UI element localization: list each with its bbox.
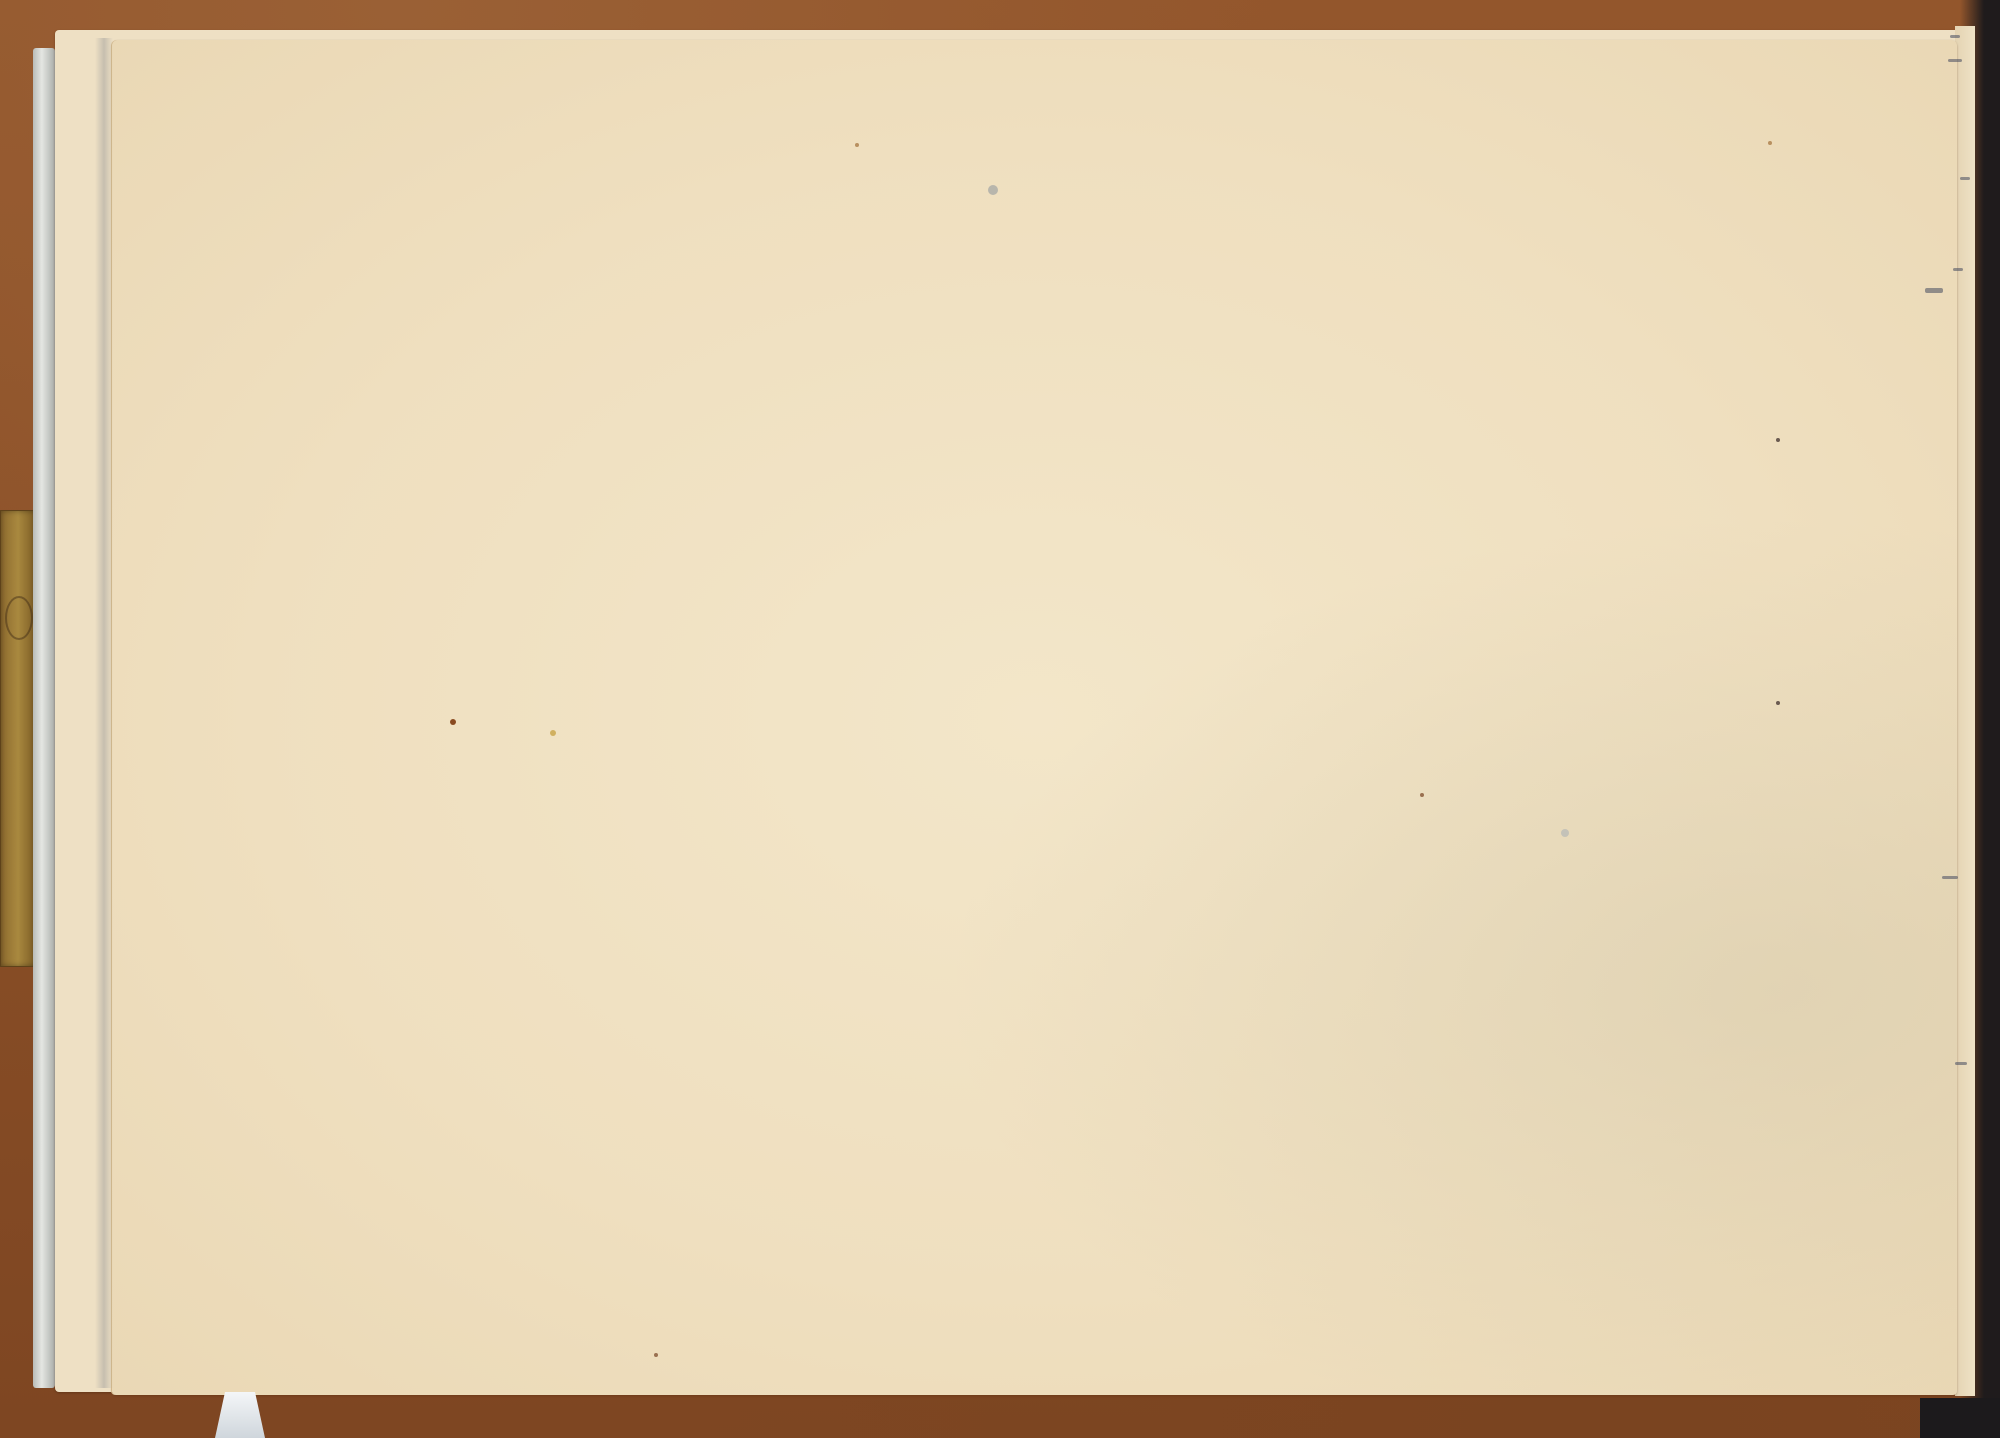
foxing-speck: [654, 1353, 658, 1357]
ink-smudge: [1960, 177, 1970, 180]
foxing-speck: [1561, 829, 1569, 837]
page-fold-shadow: [95, 38, 113, 1388]
ink-smudge: [1925, 288, 1943, 293]
glassine-interleaf: [33, 48, 55, 1388]
cover-dark-corner: [1920, 1398, 2000, 1438]
foxing-speck: [1776, 701, 1780, 705]
foxing-speck: [550, 730, 556, 736]
foxing-speck: [988, 185, 998, 195]
page-stack-edge: [1955, 26, 1975, 1396]
ink-smudge: [1948, 59, 1962, 62]
ink-smudge: [1950, 35, 1960, 38]
ink-smudge: [1955, 1062, 1967, 1065]
foxing-speck: [1776, 438, 1780, 442]
foxing-speck: [1420, 793, 1424, 797]
foxing-speck: [450, 719, 456, 725]
brass-clasp-plate: [0, 510, 36, 967]
ink-smudge: [1942, 876, 1958, 879]
ink-smudge: [1953, 268, 1963, 271]
blank-album-page: [112, 40, 1957, 1395]
foxing-speck: [1768, 141, 1772, 145]
foxing-speck: [855, 143, 859, 147]
clasp-stain: [5, 596, 33, 640]
